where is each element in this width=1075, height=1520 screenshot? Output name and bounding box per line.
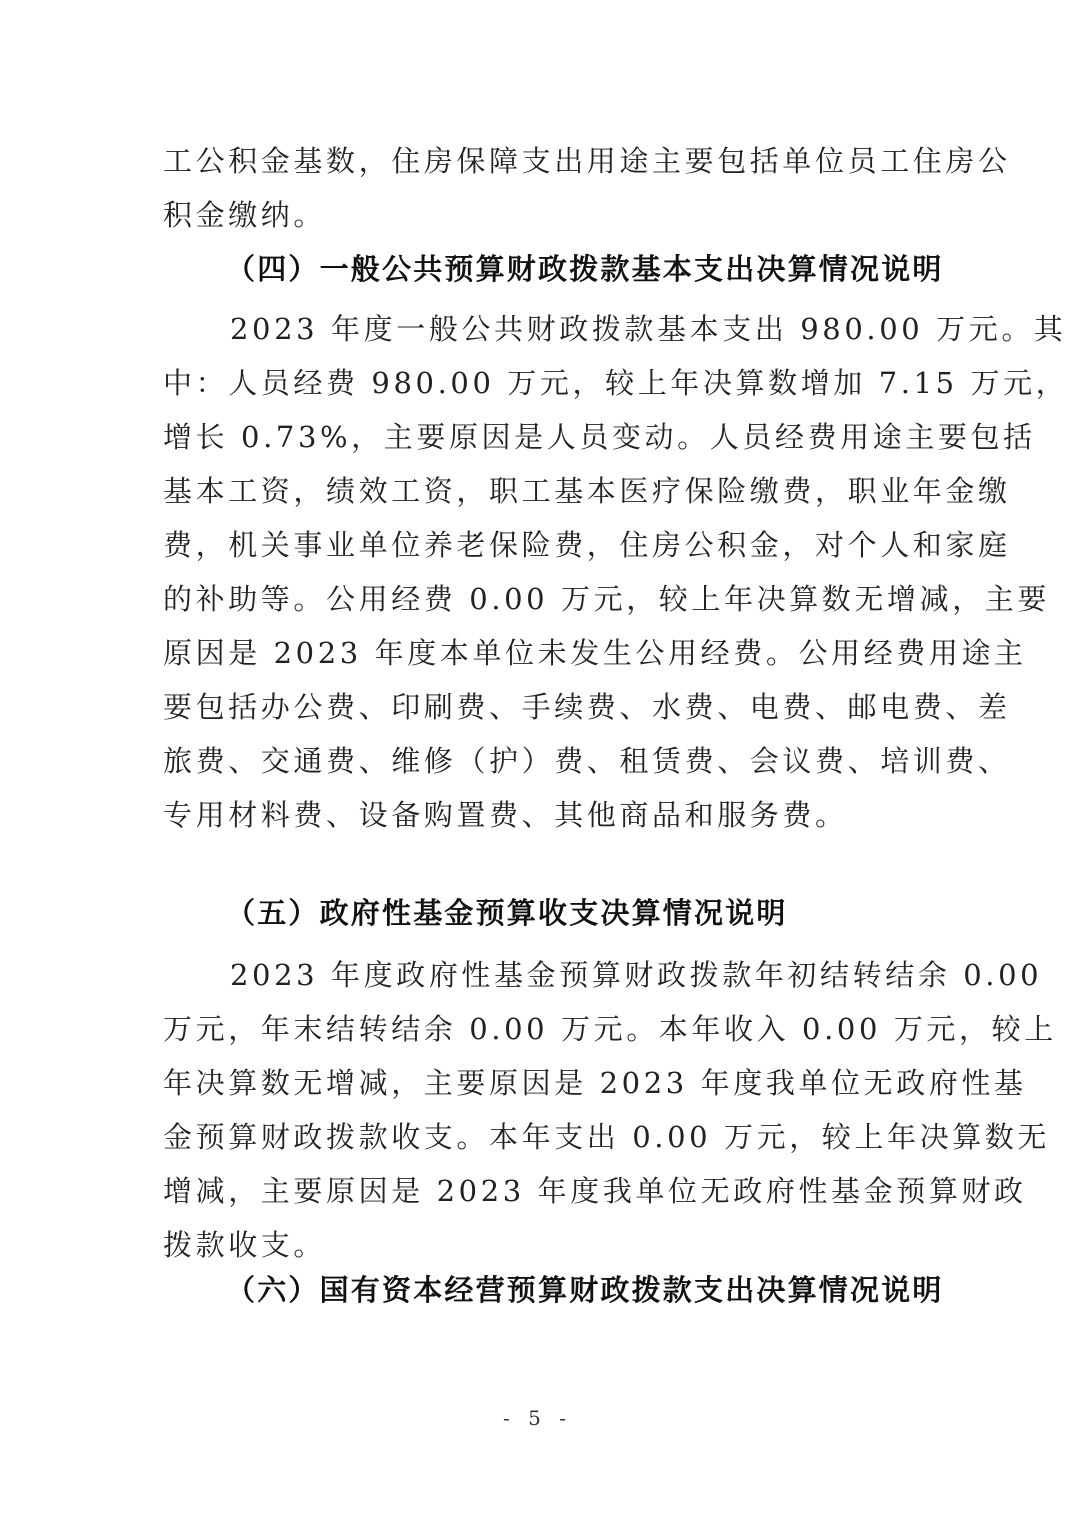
text-line: 万元，年末结转结余 0.00 万元。本年收入 0.00 万元，较上 — [163, 1009, 915, 1049]
text-line: 增长 0.73%，主要原因是人员变动。人员经费用途主要包括 — [163, 417, 915, 457]
text-line: 年决算数无增减，主要原因是 2023 年度我单位无政府性基 — [163, 1063, 915, 1103]
document-page: 工公积金基数，住房保障支出用途主要包括单位员工住房公 积金缴纳。 （四）一般公共… — [0, 0, 1075, 1520]
text-line: 2023 年度一般公共财政拨款基本支出 980.00 万元。其 — [230, 309, 915, 349]
text-line: 的补助等。公用经费 0.00 万元，较上年决算数无增减，主要 — [163, 579, 915, 619]
text-line: 积金缴纳。 — [163, 195, 915, 235]
text-line: 基本工资，绩效工资，职工基本医疗保险缴费，职业年金缴 — [163, 471, 915, 511]
section-heading-5: （五）政府性基金预算收支决算情况说明 — [226, 893, 978, 933]
text-line: 金预算财政拨款收支。本年支出 0.00 万元，较上年决算数无 — [163, 1117, 915, 1157]
text-line: 中：人员经费 980.00 万元，较上年决算数增加 7.15 万元， — [163, 363, 915, 403]
text-line: 增减，主要原因是 2023 年度我单位无政府性基金预算财政 — [163, 1171, 915, 1211]
text-line: 原因是 2023 年度本单位未发生公用经费。公用经费用途主 — [163, 633, 915, 673]
text-line: 拨款收支。 — [163, 1225, 915, 1265]
text-line: 要包括办公费、印刷费、手续费、水费、电费、邮电费、差 — [163, 687, 915, 727]
section-heading-6: （六）国有资本经营预算财政拨款支出决算情况说明 — [226, 1270, 978, 1310]
text-line: 工公积金基数，住房保障支出用途主要包括单位员工住房公 — [163, 141, 915, 181]
text-line: 专用材料费、设备购置费、其他商品和服务费。 — [163, 795, 915, 835]
text-line: 费，机关事业单位养老保险费，住房公积金，对个人和家庭 — [163, 525, 915, 565]
page-number: - 5 - — [0, 1406, 1075, 1430]
text-line: 2023 年度政府性基金预算财政拨款年初结转结余 0.00 — [230, 955, 915, 995]
section-heading-4: （四）一般公共预算财政拨款基本支出决算情况说明 — [226, 249, 978, 289]
text-line: 旅费、交通费、维修（护）费、租赁费、会议费、培训费、 — [163, 741, 915, 781]
